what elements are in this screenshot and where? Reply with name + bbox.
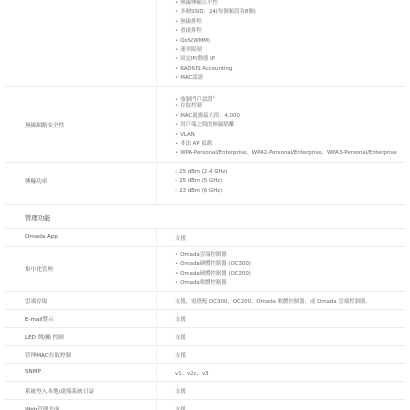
list-item: 存取控制 (175, 102, 397, 111)
spec-value: v1、v2c、v3 (175, 369, 209, 377)
feature-list: 無線傳輸公平性 多個SSID：24(每個頻段各8個) 無線排程 重啟排程 QoS… (175, 0, 256, 84)
spec-row-syslog: 系統登入本地/遠端系統日誌 支援 (5, 382, 405, 400)
spec-row-led-control: LED 開/關 控制 支援 (5, 328, 405, 346)
list-item: Omada雲端控制器 (175, 251, 251, 260)
list-item: VLAN (175, 131, 397, 140)
spec-row-snmp: SNMP v1、v2c、v3 (5, 364, 405, 382)
list-item: 25 dBm (2.4 GHz) (175, 168, 227, 177)
spec-table-management: Omada App 支援 集中化管理 Omada雲端控制器 Omada硬體控制器… (5, 228, 405, 410)
list-item: 固定IP/動態 IP (175, 55, 256, 64)
spec-label: 集中化管理 (25, 265, 53, 273)
controller-list: Omada雲端控制器 Omada硬體控制器 (OC300) Omada硬體控制器… (175, 251, 251, 289)
footnote-marker[interactable]: 4 (213, 95, 215, 99)
column-divider (156, 163, 157, 204)
list-item: 多個SSID：24(每個頻段各8個) (175, 8, 256, 17)
spec-value: 支援 (175, 351, 186, 359)
spec-value: 支援 (175, 333, 186, 341)
spec-value: 支援 (175, 387, 186, 395)
spec-row-mac-access-control: 管理MAC存取控制 支援 (5, 346, 405, 364)
list-item: Omada軟體控制器 (175, 279, 251, 288)
spec-label: SNMP (25, 369, 41, 375)
spec-row-cloud-access: 雲端存取 支援，需搭配 OC300、OC200、Omada 軟體控制器，或 Om… (5, 292, 405, 310)
list-item: 速率限制 (175, 46, 256, 55)
column-divider (156, 310, 157, 327)
spec-label: E-mail警示 (25, 315, 54, 323)
column-divider (156, 0, 157, 86)
spec-value: Omada雲端控制器 Omada硬體控制器 (OC300) Omada硬體控制器… (175, 251, 251, 289)
spec-row-centralized-management: 集中化管理 Omada雲端控制器 Omada硬體控制器 (OC300) Omad… (5, 247, 405, 292)
tx-power-list: 25 dBm (2.4 GHz) 25 dBm (5 GHz) 23 dBm (… (175, 168, 227, 196)
spec-value: 25 dBm (2.4 GHz) 25 dBm (5 GHz) 23 dBm (… (175, 168, 227, 196)
column-divider (156, 346, 157, 363)
list-item: 強制門戶認證4 (175, 93, 397, 102)
spec-row-omada-app: Omada App 支援 (5, 229, 405, 247)
spec-value: 支援，需搭配 OC300、OC200、Omada 軟體控制器，或 Omada 雲… (175, 297, 371, 305)
spec-value: 支援 (175, 315, 186, 323)
spec-label: LED 開/關 控制 (25, 333, 64, 341)
column-divider (156, 292, 157, 309)
spec-row-web-management: Web管理介面 支援 (5, 400, 405, 410)
list-item: MAC過濾最大值：4,000 (175, 112, 397, 121)
spec-row-wireless-features: 無線傳輸公平性 多個SSID：24(每個頻段各8個) 無線排程 重啟排程 QoS… (5, 0, 405, 87)
list-item: 無線傳輸公平性 (175, 0, 256, 8)
spec-label: 系統登入本地/遠端系統日誌 (25, 387, 94, 395)
spec-label: Web管理介面 (25, 405, 60, 410)
list-item: 無線排程 (175, 18, 256, 27)
spec-row-tx-power: 傳輸功率 25 dBm (2.4 GHz) 25 dBm (5 GHz) 23 … (5, 163, 405, 205)
spec-value: 無線傳輸公平性 多個SSID：24(每個頻段各8個) 無線排程 重啟排程 QoS… (175, 0, 256, 84)
spec-label: 雲端存取 (25, 297, 47, 305)
list-item: Omada硬體控制器 (OC200) (175, 270, 251, 279)
section-title-management: 管理功能 (25, 213, 51, 222)
list-item: 23 dBm (6 GHz) (175, 187, 227, 196)
list-item: RADIUS Accounting (175, 65, 256, 74)
column-divider (156, 382, 157, 399)
column-divider (156, 229, 157, 246)
spec-value: 支援 (175, 234, 186, 242)
list-item: QoS(WMM) (175, 37, 256, 46)
spec-label: Omada App (25, 234, 58, 240)
spec-value: 支援 (175, 405, 186, 410)
list-item: 25 dBm (5 GHz) (175, 177, 227, 186)
column-divider (156, 247, 157, 291)
spec-value: 強制門戶認證4 存取控制 MAC過濾最大值：4,000 用戶端之間的無線隔離 V… (175, 93, 397, 159)
list-item: WPA-Personal/Enterprise、WPA2-Personal/En… (175, 149, 397, 158)
column-divider (156, 328, 157, 345)
list-item: MAC認證 (175, 74, 256, 83)
spec-label: 無線網路安全性 (25, 121, 64, 129)
spec-label: 管理MAC存取控制 (25, 351, 71, 359)
column-divider (156, 400, 157, 410)
column-divider (156, 87, 157, 162)
column-divider (156, 364, 157, 381)
spec-table-top: 無線傳輸公平性 多個SSID：24(每個頻段各8個) 無線排程 重啟排程 QoS… (5, 0, 405, 205)
list-item: 非法 AP 偵測 (175, 140, 397, 149)
spec-row-wireless-security: 無線網路安全性 強制門戶認證4 存取控制 MAC過濾最大值：4,000 用戶端之… (5, 87, 405, 163)
security-list: 強制門戶認證4 存取控制 MAC過濾最大值：4,000 用戶端之間的無線隔離 V… (175, 93, 397, 159)
list-item: 用戶端之間的無線隔離 (175, 121, 397, 130)
spec-label: 傳輸功率 (25, 177, 47, 185)
list-item: 重啟排程 (175, 27, 256, 36)
list-item: Omada硬體控制器 (OC300) (175, 260, 251, 269)
spec-row-email-alert: E-mail警示 支援 (5, 310, 405, 328)
